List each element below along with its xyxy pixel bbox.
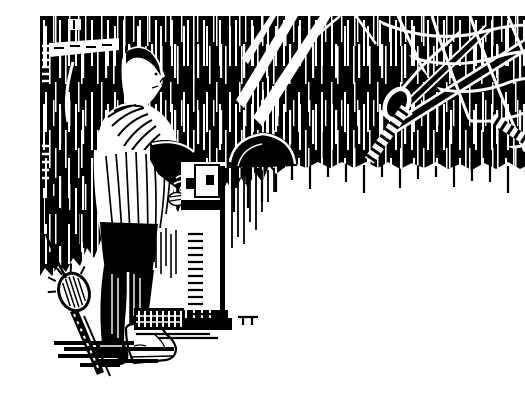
pump-edge-shade (220, 166, 225, 322)
pump-band (181, 200, 225, 210)
boot-sole (130, 356, 172, 357)
deck-grating (134, 308, 184, 330)
pump-keyhole (206, 175, 214, 185)
deck-pump (174, 162, 232, 330)
pump-bracket (186, 178, 194, 189)
grating-box (134, 308, 184, 330)
illustration-canvas (40, 16, 525, 379)
illustration (40, 16, 525, 379)
back-leg (100, 266, 128, 344)
sailor-eye (155, 73, 158, 76)
